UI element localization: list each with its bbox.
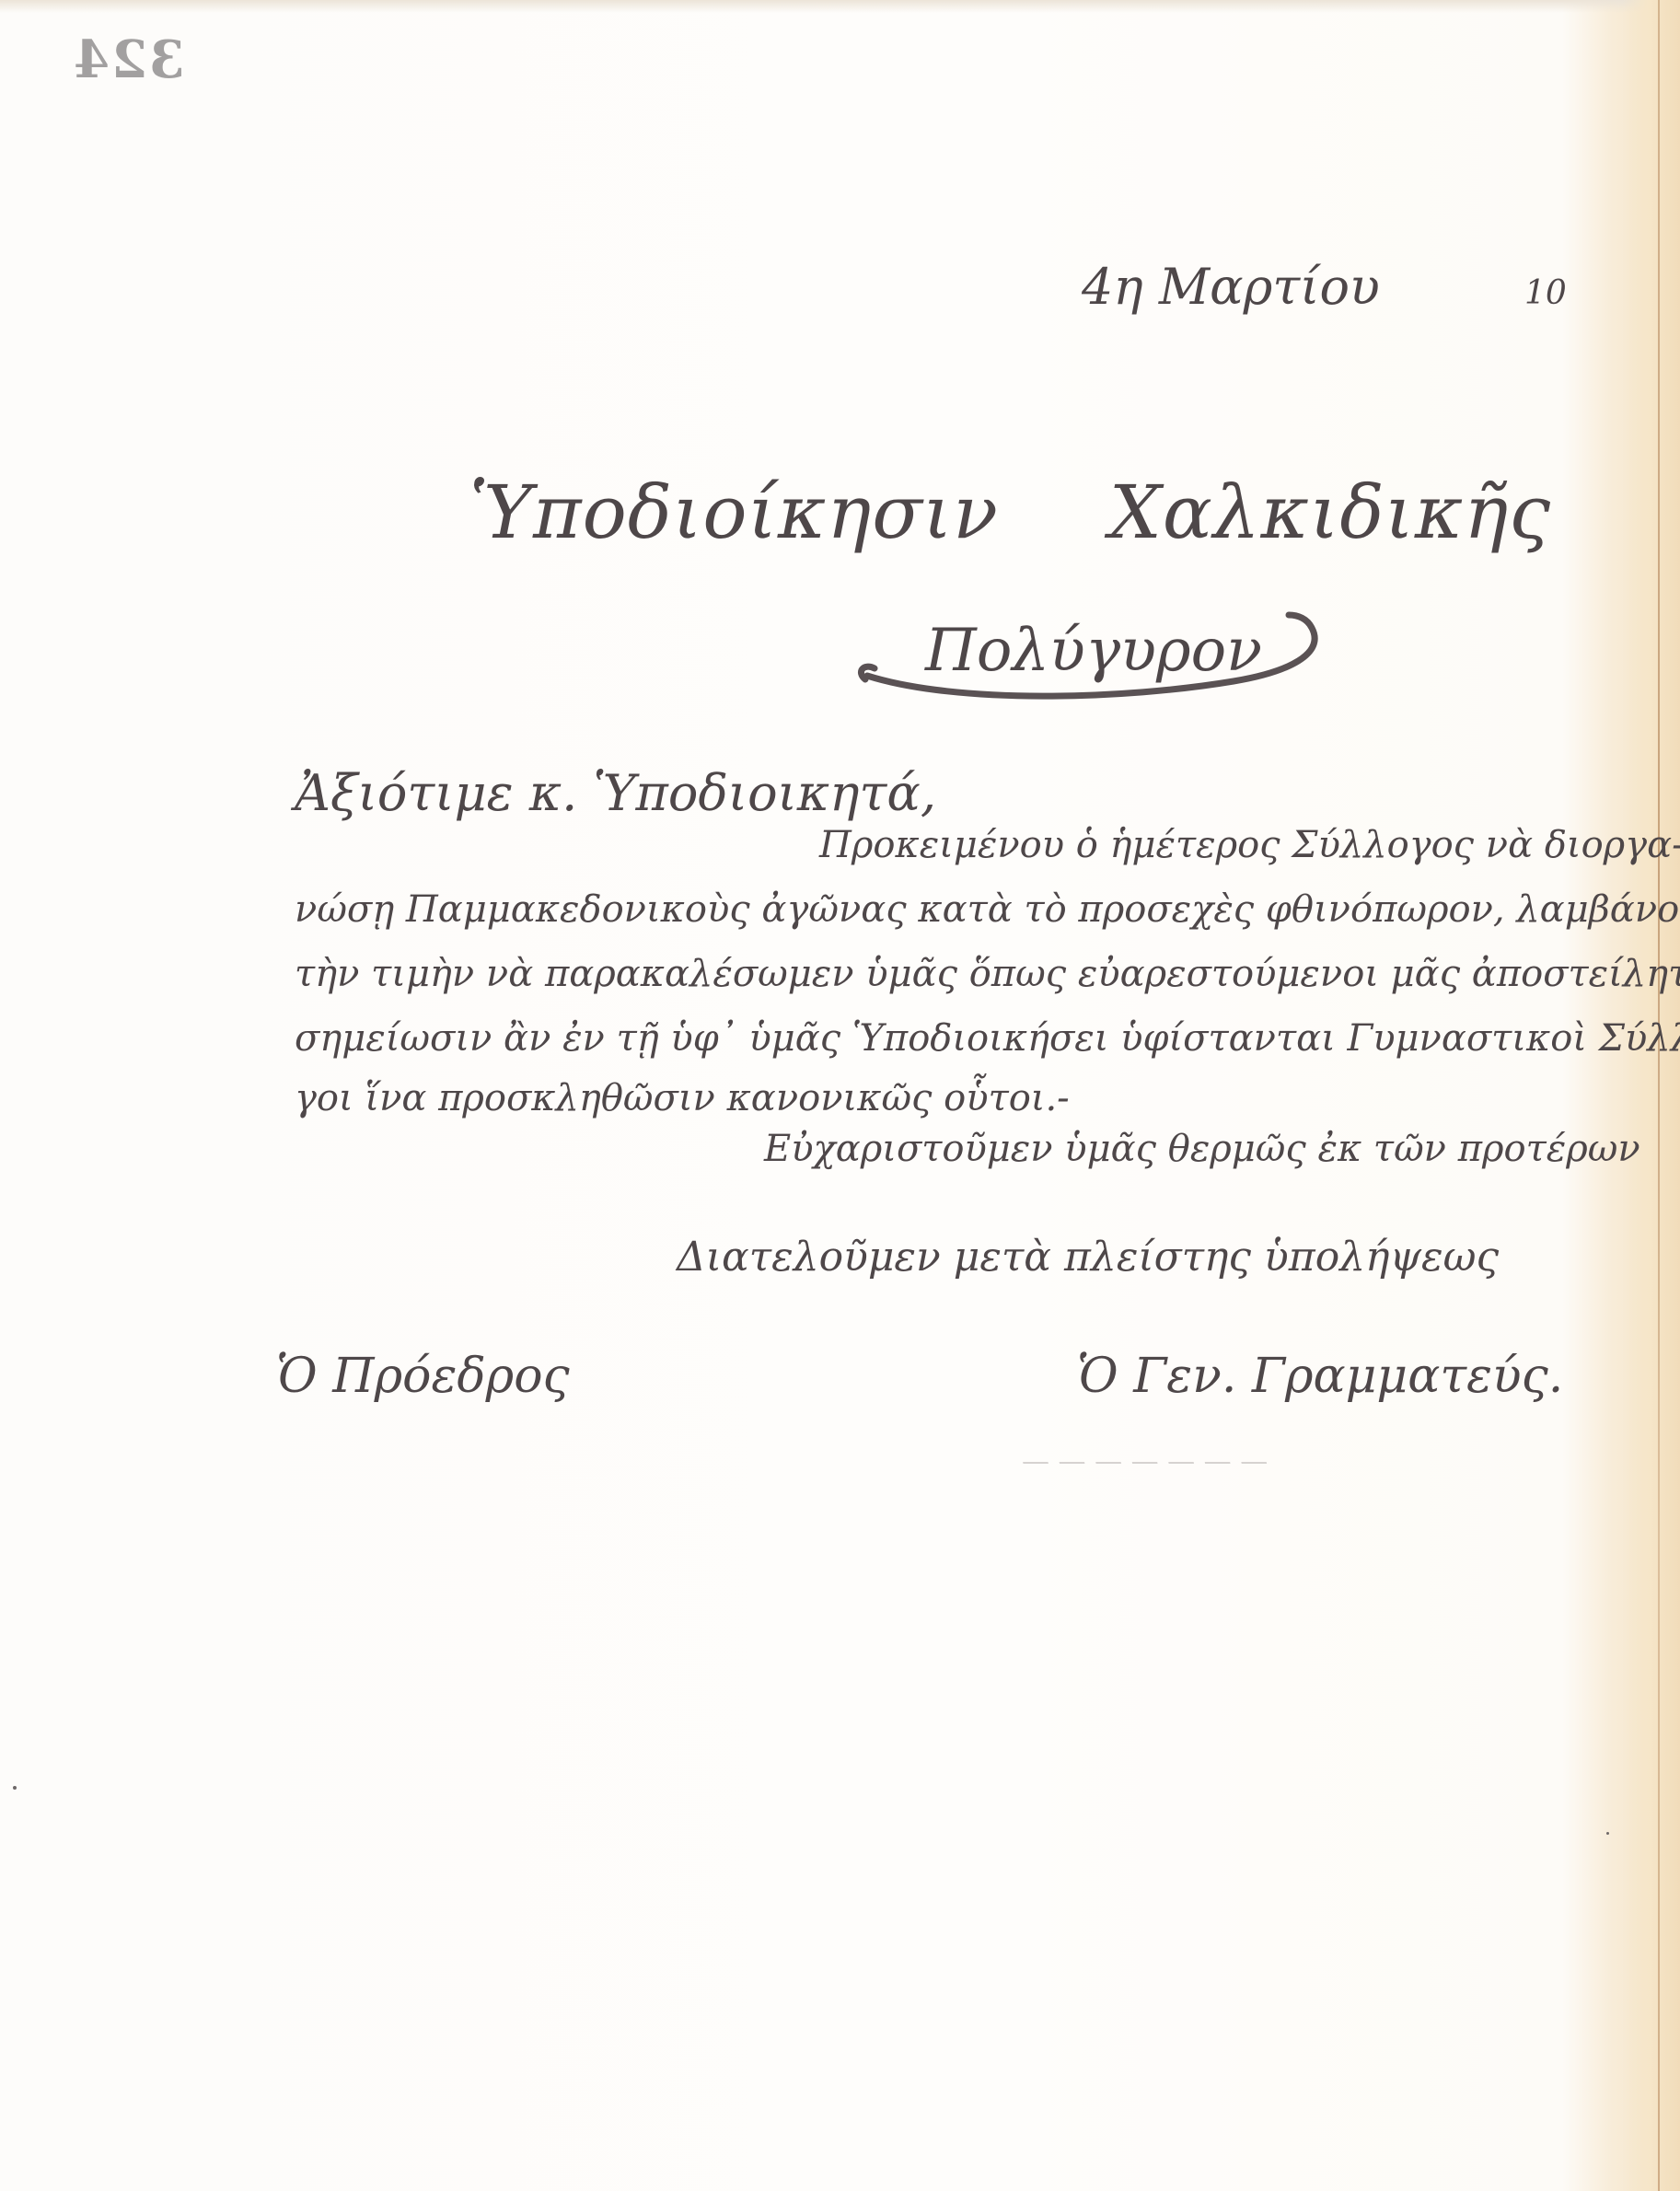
page-right-edge-tint	[1623, 0, 1680, 2191]
signature-president: Ὁ Πρόεδρος	[276, 1349, 570, 1404]
closing-formula: Διατελοῦμεν μετὰ πλείστης ὑπολήψεως	[677, 1234, 1499, 1281]
date-month: Μαρτίου	[1159, 258, 1380, 316]
body-line-5: γοι ἵνα προσκληθῶσιν κανονικῶς οὗτοι.-	[295, 1077, 1070, 1119]
page-top-edge-shadow	[0, 0, 1680, 13]
addressee-city: Πολύγυρον	[925, 617, 1262, 685]
ink-bleed-through: — — — — — — —	[1022, 1445, 1268, 1478]
body-line-2: νώσῃ Παμμακεδονικοὺς ἀγῶνας κατὰ τὸ προσ…	[295, 888, 1680, 931]
addressee-region: Χαλκιδικῆς	[1109, 469, 1551, 555]
body-line-thanks: Εὐχαριστοῦμεν ὑμᾶς θερμῶς ἐκ τῶν προτέρω…	[764, 1128, 1640, 1170]
paper-speck	[13, 1786, 17, 1790]
salutation: Ἀξιότιμε κ. Ὑποδιοικητά,	[295, 764, 936, 822]
signature-general-secretary: Ὁ Γεν. Γραμματεύς.	[1077, 1349, 1563, 1404]
body-line-1: Προκειμένου ὁ ἡμέτερος Σύλλογος νὰ διοργ…	[819, 824, 1680, 866]
date-year: 10	[1524, 274, 1567, 312]
body-line-3: τὴν τιμὴν νὰ παρακαλέσωμεν ὑμᾶς ὅπως εὐα…	[295, 953, 1680, 995]
page-fold-crease	[1658, 0, 1660, 2191]
archive-page-number-stamp: 324	[72, 29, 185, 90]
date-line: 4η Μαρτίου 10	[1082, 258, 1567, 316]
scanned-page: 324 4η Μαρτίου 10 ὙποδιοίκησινΧαλκιδικῆς…	[0, 0, 1680, 2191]
addressee-line-1: ὙποδιοίκησινΧαλκιδικῆς	[469, 469, 1551, 555]
addressee-office: Ὑποδιοίκησιν	[469, 469, 999, 555]
paper-speck	[1606, 1832, 1609, 1835]
body-line-4: σημείωσιν ἂν ἐν τῇ ὑφ᾽ ὑμᾶς Ὑποδιοικήσει…	[295, 1017, 1680, 1060]
date-day: 4η	[1082, 258, 1143, 316]
